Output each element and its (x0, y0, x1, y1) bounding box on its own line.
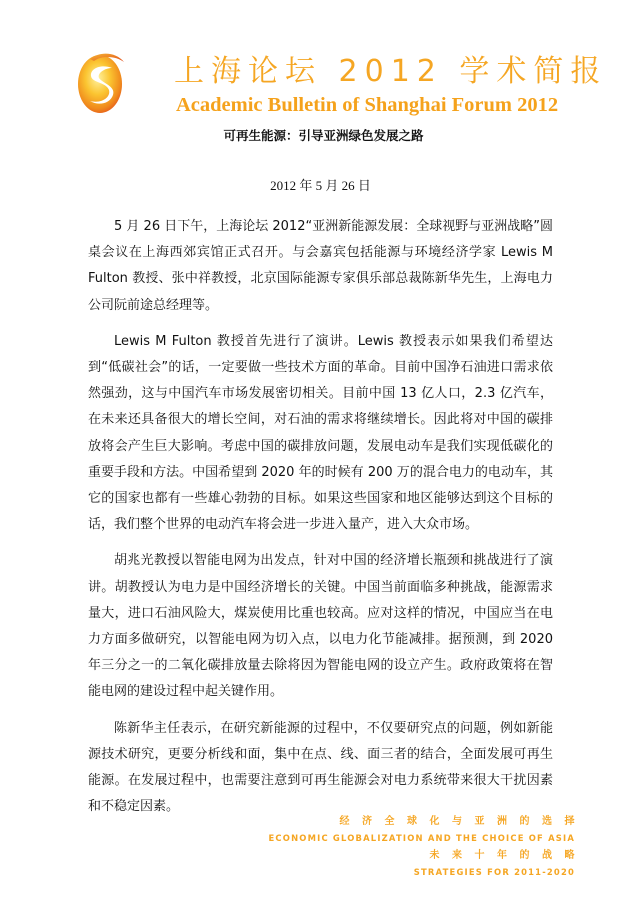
bulletin-title-chinese: 上海论坛 2012 学术简报 (174, 52, 554, 92)
shanghai-forum-logo-icon (76, 46, 128, 118)
article-title: 可再生能源：引导亚洲绿色发展之路 (0, 126, 637, 144)
paragraph: Lewis M Fulton 教授首先进行了演讲。Lewis 教授表示如果我们希… (88, 329, 553, 539)
article-body: 5 月 26 日下午，上海论坛 2012“亚洲新能源发展：全球视野与亚洲战略”圆… (88, 214, 553, 830)
footer-theme-cn: 经济全球化与亚洲的选择 (268, 812, 587, 831)
footer-tagline: 经济全球化与亚洲的选择 ECONOMIC GLOBALIZATION AND T… (268, 812, 575, 880)
paragraph: 胡兆光教授以智能电网为出发点，针对中国的经济增长瓶颈和挑战进行了演讲。胡教授认为… (88, 548, 553, 705)
paragraph: 陈新华主任表示，在研究新能源的过程中，不仅要研究点的问题，例如新能源技术研究，更… (88, 716, 553, 821)
footer-strategy-cn: 未来十年的战略 (268, 846, 587, 865)
paragraph: 5 月 26 日下午，上海论坛 2012“亚洲新能源发展：全球视野与亚洲战略”圆… (88, 214, 553, 319)
logo (76, 46, 128, 118)
footer-strategy-en: STRATEGIES FOR 2011-2020 (268, 865, 575, 880)
article-date: 2012 年 5 月 26 日 (0, 175, 637, 194)
bulletin-title-english: Academic Bulletin of Shanghai Forum 2012 (176, 93, 546, 117)
footer-theme-en: ECONOMIC GLOBALIZATION AND THE CHOICE OF… (268, 831, 575, 846)
